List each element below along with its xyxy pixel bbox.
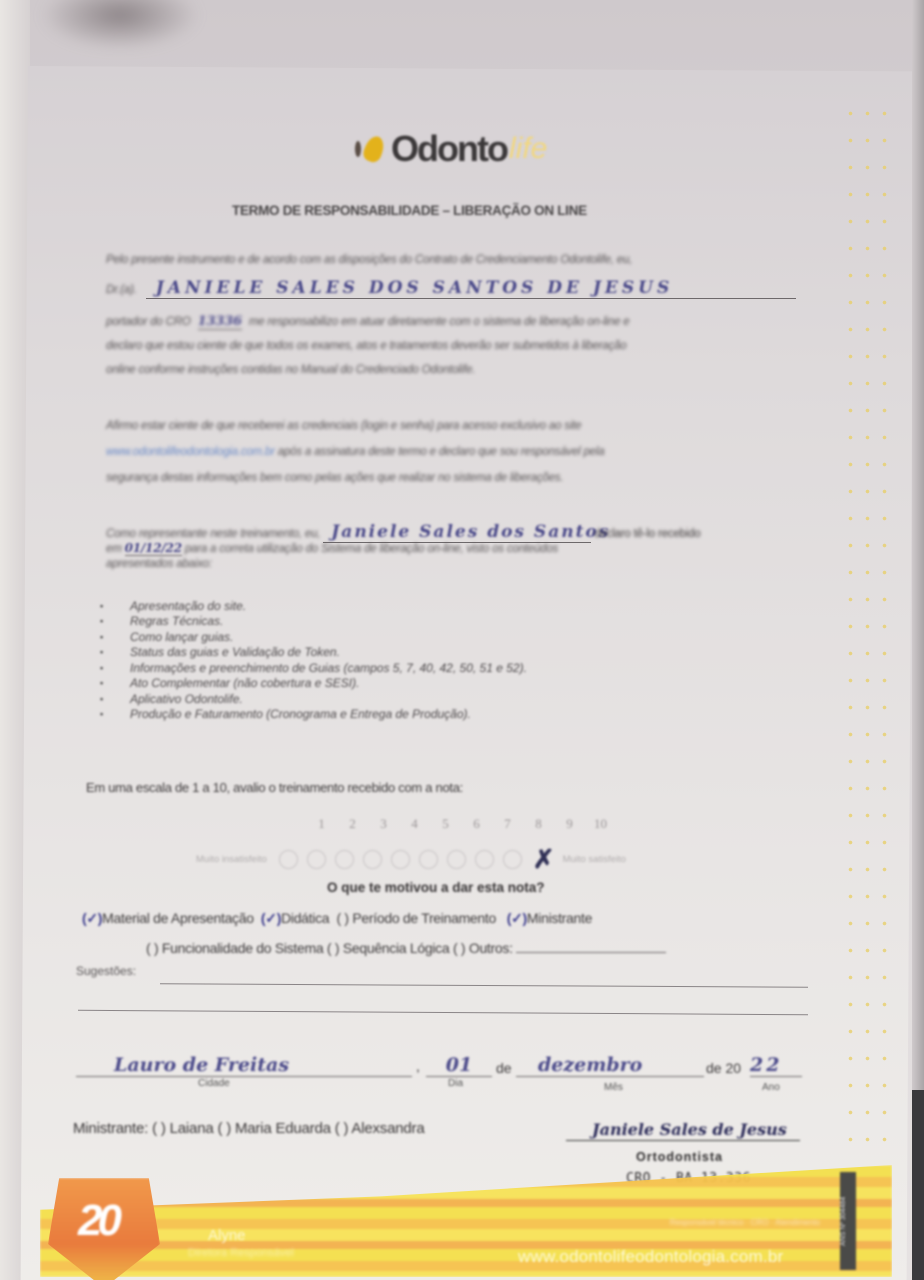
table-surface xyxy=(912,1090,924,1280)
signature-line[interactable]: Janiele Sales de Jesus xyxy=(566,1120,800,1141)
scale-number: 10 xyxy=(585,816,616,832)
topic-item: Produção e Faturamento (Cronograma e Ent… xyxy=(100,707,527,723)
scale-number: 7 xyxy=(492,816,523,832)
rating-option-6[interactable] xyxy=(419,850,438,869)
city-caption: Cidade xyxy=(198,1078,230,1089)
logo-text-secondary: life xyxy=(509,132,547,166)
instructor-row: Ministrante: ( ) Laiana ( ) Maria Eduard… xyxy=(73,1120,424,1137)
declaration-line-3: portador do CRO 13336 me responsabilizo … xyxy=(106,314,630,329)
rating-option-10-checkmark-icon[interactable]: ✗ xyxy=(533,844,555,875)
rating-option-9[interactable] xyxy=(503,850,522,869)
declaration-line-3-rest: me responsabilizo em atuar diretamente c… xyxy=(249,316,630,328)
instructor-option-maria-eduarda[interactable]: ( ) Maria Eduarda xyxy=(217,1120,330,1137)
option-label: Ministrante xyxy=(527,910,592,926)
instructor-label: Ministrante: xyxy=(73,1120,148,1137)
option-periodo[interactable]: ( ) Período de Treinamento xyxy=(336,910,496,926)
rating-option-5[interactable] xyxy=(391,850,410,869)
topic-item: Ato Complementar (não cobertura e SESI). xyxy=(100,676,527,692)
topic-item: Informações e preenchimento de Guias (ca… xyxy=(100,660,527,676)
handwritten-name: Janiele Sales dos Santos de Jesus xyxy=(156,278,674,298)
logo-text: Odonto xyxy=(391,128,507,170)
decorative-dots xyxy=(842,100,892,1160)
option-label: Período de Treinamento xyxy=(352,910,496,926)
scale-number: 2 xyxy=(337,816,368,832)
odontolife-logo: Odonto life xyxy=(355,128,547,170)
handwritten-city: Lauro de Freitas xyxy=(114,1054,289,1076)
rating-low-label: Muito insatisfeito xyxy=(196,854,267,865)
name-field[interactable]: Janiele Sales dos Santos de Jesus xyxy=(146,278,796,299)
footer-url[interactable]: www.odontolifeodontologia.com.br xyxy=(518,1247,783,1267)
checked-icon: (✓) xyxy=(82,910,102,926)
rating-option-4[interactable] xyxy=(363,850,382,869)
topic-item: Regras Técnicas. xyxy=(100,614,527,630)
option-label: Outros: xyxy=(469,940,513,956)
declaration-line-5: online conforme instruções contidas no M… xyxy=(106,364,475,376)
option-didatica[interactable]: (✓)Didática xyxy=(261,910,329,926)
suggestions-label: Sugestões: xyxy=(76,964,136,978)
scale-number: 5 xyxy=(430,816,461,832)
name-prefix: Dr.(a). xyxy=(106,284,137,296)
training-date-field[interactable]: 01/12/22 xyxy=(125,541,182,556)
topic-item: Status das guias e Validação de Token. xyxy=(100,645,527,661)
scale-number: 3 xyxy=(368,816,399,832)
credentials-line-2-rest: após a assinatura deste termo e declaro … xyxy=(278,446,605,458)
date-row: Lauro de Freitas Cidade , 01 Dia de deze… xyxy=(76,1052,816,1102)
handwritten-signature: Janiele Sales de Jesus xyxy=(592,1120,787,1139)
option-funcionalidade[interactable]: ( ) Funcionalidade do Sistema xyxy=(146,940,323,956)
scale-number: 8 xyxy=(523,816,554,832)
logo-drop-icon xyxy=(361,134,387,165)
handwritten-month: dezembro xyxy=(538,1054,642,1076)
option-label: Funcionalidade do Sistema xyxy=(162,940,323,956)
scale-number: 1 xyxy=(306,816,337,832)
rating-option-2[interactable] xyxy=(307,850,326,869)
topic-item: Apresentação do site. xyxy=(100,598,527,614)
topics-list: Apresentação do site. Regras Técnicas. C… xyxy=(100,598,527,722)
training-line-2-rest: para a correta utilização do Sistema de … xyxy=(185,543,558,555)
rating-option-3[interactable] xyxy=(335,850,354,869)
topic-item: Aplicativo Odontolife. xyxy=(100,691,527,707)
background-shadow xyxy=(40,0,200,50)
option-label: Didática xyxy=(281,910,329,926)
handwritten-year: 22 xyxy=(750,1054,782,1076)
training-prefix: Como representante neste treinamento, eu… xyxy=(106,528,320,540)
training-line-1: Como representante neste treinamento, eu… xyxy=(106,522,700,543)
unchecked-box: ( ) xyxy=(327,940,339,956)
option-ministrante[interactable]: (✓)Ministrante xyxy=(507,910,592,926)
credentials-line-2: www.odontolifeodontologia.com.br após a … xyxy=(106,446,604,458)
logo-tooth-icon xyxy=(355,141,361,157)
scale-number: 9 xyxy=(554,816,585,832)
ans-label: ANS Nº 304484 xyxy=(840,1172,856,1270)
training-line-2: em 01/12/22 para a correta utilização do… xyxy=(106,541,558,555)
page-edge xyxy=(912,0,924,1280)
outros-field[interactable] xyxy=(516,952,666,953)
signature-role: Ortodontista xyxy=(636,1150,723,1164)
motivation-options-row-2: ( ) Funcionalidade do Sistema ( ) Sequên… xyxy=(146,940,666,956)
unchecked-box: ( ) xyxy=(336,910,348,926)
unchecked-box: ( ) xyxy=(453,940,465,956)
motivation-options-row-1: (✓)Material de Apresentação (✓)Didática … xyxy=(82,910,592,927)
topic-item: Como lançar guias. xyxy=(100,629,527,645)
option-label: Sequência Lógica xyxy=(343,940,450,956)
date-de: de xyxy=(496,1060,512,1076)
declaration-line-1: Pelo presente instrumento e de acordo co… xyxy=(106,254,632,266)
training-em: em xyxy=(106,543,122,555)
month-field[interactable]: dezembro xyxy=(516,1054,704,1077)
handwritten-day: 01 xyxy=(446,1054,472,1076)
checked-icon: (✓) xyxy=(507,910,527,926)
instructor-option-laiana[interactable]: ( ) Laiana xyxy=(152,1120,213,1137)
handwritten-representative: Janiele Sales dos Santos xyxy=(331,522,610,542)
option-material[interactable]: (✓)Material de Apresentação xyxy=(82,910,254,926)
rating-scale: Muito insatisfeito ✗ Muito satisfeito xyxy=(196,844,626,875)
option-label: Material de Apresentação xyxy=(102,910,254,926)
year-caption: Ano xyxy=(762,1082,780,1093)
rating-high-label: Muito satisfeito xyxy=(563,854,626,865)
credentials-line-1: Afirmo estar ciente de que receberei as … xyxy=(106,420,581,432)
badge-number: 20 xyxy=(78,1196,117,1246)
checked-icon: (✓) xyxy=(261,910,281,926)
scale-number: 6 xyxy=(461,816,492,832)
document-title: TERMO DE RESPONSABILIDADE – LIBERAÇÃO ON… xyxy=(232,203,587,218)
credentials-line-3: segurança destas informações bem como pe… xyxy=(106,472,563,484)
unchecked-box: ( ) xyxy=(146,940,158,956)
city-field[interactable]: Lauro de Freitas xyxy=(76,1054,412,1077)
training-line-3: apresentados abaixo: xyxy=(106,558,212,570)
day-field[interactable]: 01 xyxy=(426,1054,492,1077)
rating-scale-numbers: 1 2 3 4 5 6 7 8 9 10 xyxy=(306,816,616,832)
declaration-line-4: declaro que estou ciente de que todos os… xyxy=(106,340,626,352)
date-de-20: de 20 xyxy=(706,1060,741,1076)
training-suffix: declaro tê-lo recebido xyxy=(594,528,700,540)
cro-prefix: portador do CRO xyxy=(106,316,191,328)
footer-name-subtitle: Diretora Responsável xyxy=(188,1247,294,1259)
option-sequencia[interactable]: ( ) Sequência Lógica xyxy=(327,940,449,956)
rating-option-1[interactable] xyxy=(279,850,298,869)
footer-name: Alyne xyxy=(208,1227,246,1244)
instructor-option-alexsandra[interactable]: ( ) Alexsandra xyxy=(335,1120,425,1137)
representative-field[interactable]: Janiele Sales dos Santos xyxy=(323,522,591,543)
cro-field[interactable]: 13336 xyxy=(198,314,242,330)
rating-option-8[interactable] xyxy=(475,850,494,869)
day-caption: Dia xyxy=(448,1078,463,1089)
motivation-question: O que te motivou a dar esta nota? xyxy=(327,880,545,895)
option-outros[interactable]: ( ) Outros: xyxy=(453,940,513,956)
scale-number: 4 xyxy=(399,816,430,832)
month-caption: Mês xyxy=(604,1082,623,1093)
year-field[interactable]: 22 xyxy=(750,1054,802,1077)
rating-question: Em uma escala de 1 a 10, avalio o treina… xyxy=(86,780,463,795)
footer-small-text: Responsável técnico · CRO · Atendimento xyxy=(570,1218,820,1227)
site-link[interactable]: www.odontolifeodontologia.com.br xyxy=(106,446,275,458)
rating-option-7[interactable] xyxy=(447,850,466,869)
declaration-line-2: Dr.(a). Janiele Sales dos Santos de Jesu… xyxy=(106,278,806,299)
